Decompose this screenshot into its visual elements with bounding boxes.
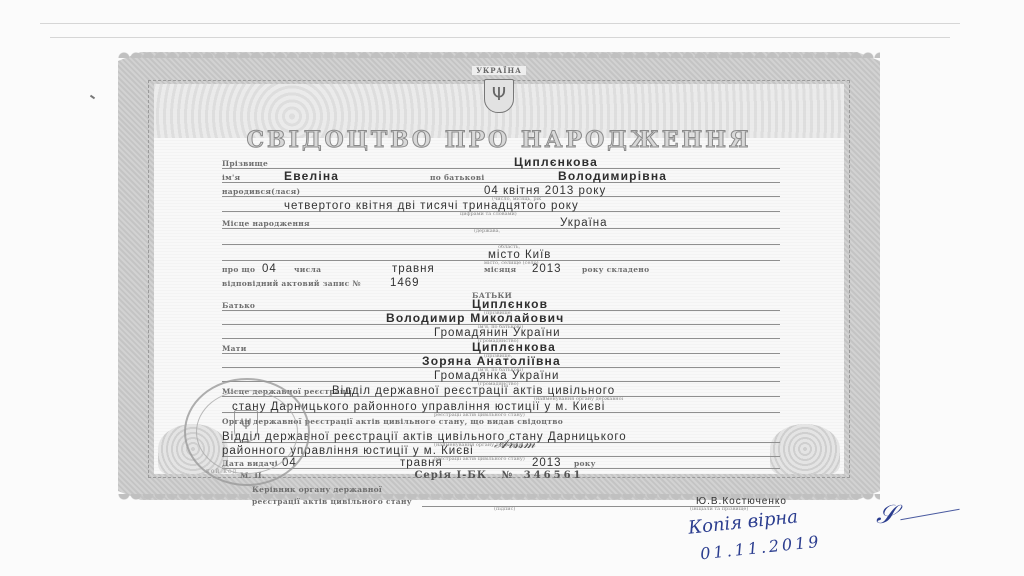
state-emblem: УКРАЇНА Ψ bbox=[456, 58, 542, 116]
label-born: народився(лася) bbox=[222, 187, 300, 196]
value-name: Евеліна bbox=[284, 169, 339, 183]
scan-line bbox=[40, 23, 960, 24]
scalloped-edge-top bbox=[118, 48, 880, 58]
label-birthplace: Місце народження bbox=[222, 219, 310, 228]
official-signature: 𝒜𝓇𝓈𝓈𝓂 bbox=[494, 436, 535, 452]
series-value: 346561 bbox=[524, 470, 584, 481]
field-surname: Прізвище Циплєнкова bbox=[222, 154, 780, 169]
field-father-citizenship: Громадянин України (громадянство) bbox=[222, 324, 780, 339]
handwritten-signature-icon: 𝒮 bbox=[876, 500, 896, 531]
label-record-prefix: про що bbox=[222, 265, 255, 274]
field-name: ім'я Евеліна по батькові Володимирівна bbox=[222, 168, 780, 183]
value-birth-date-words: четвертого квітня дві тисячі тринадцятог… bbox=[284, 200, 579, 212]
signature-stroke bbox=[900, 509, 959, 520]
label-head-1: Керівник органу державної bbox=[252, 485, 382, 494]
field-signature: реєстрації актів цивільного стану Ю.В.Ко… bbox=[422, 492, 780, 507]
seal-tryzub-icon: Ψ bbox=[234, 410, 258, 442]
field-birthplace: Місце народження Україна (держава, bbox=[222, 214, 780, 229]
country-header: УКРАЇНА bbox=[472, 66, 526, 75]
corner-ornament bbox=[770, 424, 840, 474]
label-surname: Прізвище bbox=[222, 159, 268, 168]
label-record-month: місяця bbox=[484, 265, 516, 274]
hint-signatory: (ініціали та прізвище) bbox=[690, 506, 748, 512]
label-record-day: числа bbox=[294, 265, 321, 274]
hint-signature: (підпис) bbox=[494, 506, 515, 512]
label-record-year: року складено bbox=[582, 265, 649, 274]
field-father-surname: Батько Циплєнков (прізвище, bbox=[222, 296, 780, 311]
value-father-name: Володимир Миколайович bbox=[386, 311, 564, 325]
value-surname: Циплєнкова bbox=[514, 155, 598, 169]
label-name: ім'я bbox=[222, 173, 240, 182]
field-father-name: Володимир Миколайович ім'я, по батькові) bbox=[222, 310, 780, 325]
label-patronymic: по батькові bbox=[430, 173, 484, 182]
number-sign: № bbox=[501, 470, 513, 481]
scan-speck bbox=[90, 95, 95, 100]
field-registration-place: Місце державної реєстрації Відділ держав… bbox=[222, 382, 780, 397]
birth-certificate: УКРАЇНА Ψ СВІДОЦТВО ПРО НАРОДЖЕННЯ Прізв… bbox=[118, 52, 880, 500]
field-city: місто Київ місто, селище (село) bbox=[222, 246, 780, 261]
value-country: Україна bbox=[560, 217, 608, 229]
value-father-surname: Циплєнков bbox=[472, 297, 548, 311]
value-patronymic: Володимирівна bbox=[558, 169, 667, 183]
series-label: Серія І-БК bbox=[414, 470, 486, 481]
field-record-date: про що 04 числа травня місяця 2013 року … bbox=[222, 260, 780, 274]
field-mother-name: Зоряна Анатоліївна ім'я, по батькові) bbox=[222, 353, 780, 368]
value-mother-surname: Циплєнкова bbox=[472, 340, 556, 354]
label-mother: Мати bbox=[222, 344, 247, 353]
label-father: Батько bbox=[222, 301, 255, 310]
document-title: СВІДОЦТВО ПРО НАРОДЖЕННЯ bbox=[118, 127, 880, 153]
series-number: Серія І-БК № 346561 bbox=[118, 470, 880, 481]
label-head-2: реєстрації актів цивільного стану bbox=[252, 497, 412, 506]
field-region: область, bbox=[222, 230, 780, 245]
field-mother-citizenship: Громадянка України (громадянство) bbox=[222, 367, 780, 382]
field-birth-date-words: четвертого квітня дві тисячі тринадцятог… bbox=[222, 197, 780, 212]
field-birth-date: народився(лася) 04 квітня 2013 року (чис… bbox=[222, 182, 780, 197]
tryzub-icon: Ψ bbox=[484, 79, 514, 113]
field-registration-place-2: стану Дарницького районного управління ю… bbox=[222, 398, 780, 413]
value-mother-name: Зоряна Анатоліївна bbox=[422, 354, 561, 368]
handwritten-date: 01.11.2019 bbox=[699, 532, 822, 564]
field-mother-surname: Мати Циплєнкова (прізвище, bbox=[222, 339, 780, 354]
scan-line bbox=[50, 37, 950, 38]
